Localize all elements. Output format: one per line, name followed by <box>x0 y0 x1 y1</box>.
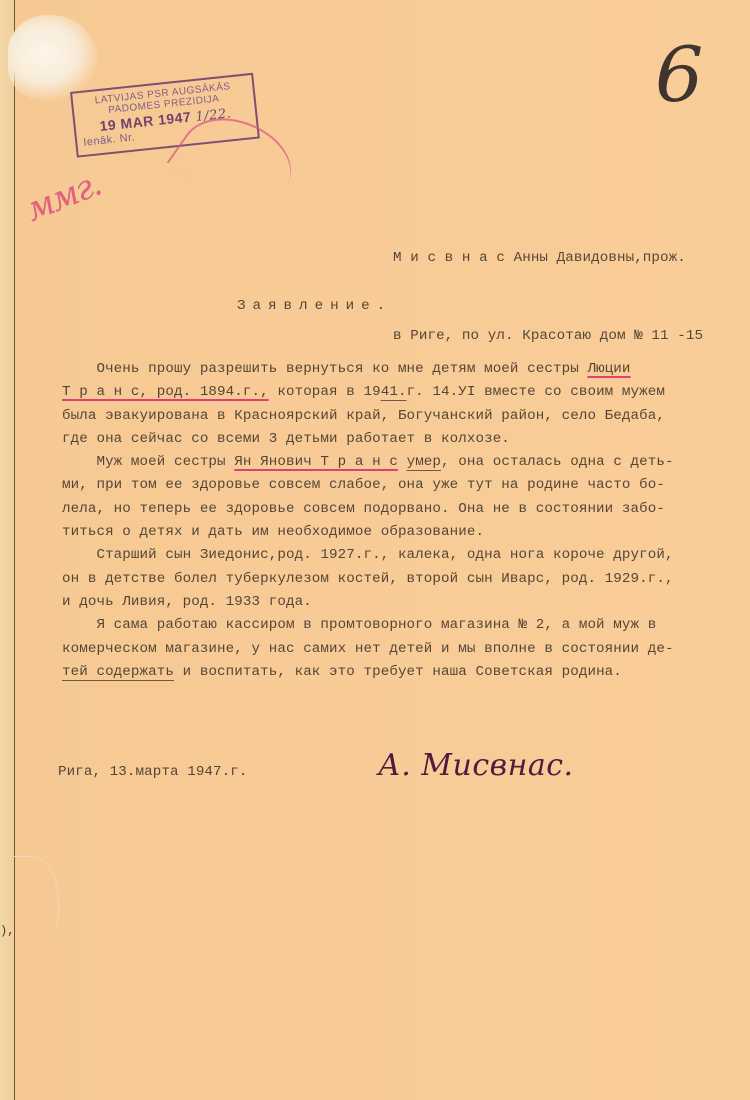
text-run: где она сейчас со всеми 3 детьми работае… <box>62 431 510 447</box>
text-run: Я сама работаю кассиром в промтоворного … <box>62 617 656 633</box>
text-run: он в детстве болел туберкулезом костей, … <box>62 571 674 587</box>
text-line: была эвакуирована в Красноярский край, Б… <box>62 405 674 428</box>
red-underlined-text: Ян Янович Т р а н с <box>234 454 398 470</box>
handwritten-page-number: 6 <box>655 30 715 120</box>
text-run <box>398 454 407 470</box>
text-line: Старший сын Зиедонис,род. 1927.г., калек… <box>62 544 674 567</box>
red-underlined-text: Люции <box>587 361 630 377</box>
text-line: Муж моей сестры Ян Янович Т р а н с умер… <box>62 451 674 474</box>
text-line: титься о детях и дать им необходимое обр… <box>62 521 674 544</box>
text-line: лела, но теперь ее здоровье совсем подор… <box>62 498 674 521</box>
text-line: где она сейчас со всеми 3 детьми работае… <box>62 428 674 451</box>
paragraph: Муж моей сестры Ян Янович Т р а н с умер… <box>62 451 674 544</box>
red-pencil-annotation: ммг. <box>20 164 106 230</box>
text-line: тей содержать и воспитать, как это требу… <box>62 661 674 684</box>
text-run: Старший сын Зиедонис,род. 1927.г., калек… <box>62 547 674 563</box>
text-run: была эвакуирована в Красноярский край, Б… <box>62 408 665 424</box>
binding-edge: ), <box>0 0 15 1100</box>
text-run: титься о детях и дать им необходимое обр… <box>62 524 484 540</box>
edge-mark: ), <box>0 924 14 938</box>
text-line: ми, при том ее здоровье совсем слабое, о… <box>62 474 674 497</box>
pencil-margin-curve <box>14 856 59 935</box>
statement-body: Очень прошу разрешить вернуться ко мне д… <box>62 358 674 684</box>
text-run: и воспитать, как это требует наша Советс… <box>174 664 622 680</box>
document-page: ), 6 LATVIJAS PSR AUGSĀKĀS PADOMES PREZI… <box>0 0 750 1100</box>
paragraph: Очень прошу разрешить вернуться ко мне д… <box>62 358 674 451</box>
underlined-text: тей содержать <box>62 664 174 680</box>
text-line: он в детстве болел туберкулезом костей, … <box>62 568 674 591</box>
underlined-text: 41. <box>381 384 407 400</box>
text-run: , она осталась одна с деть- <box>441 454 674 470</box>
sender-line-1: М и с в н а с Анны Давидовны,прож. <box>393 245 703 271</box>
text-run: ми, при том ее здоровье совсем слабое, о… <box>62 477 665 493</box>
sender-line-2: в Риге, по ул. Красотаю дом № 11 -15 <box>393 323 703 349</box>
paragraph: Старший сын Зиедонис,род. 1927.г., калек… <box>62 544 674 614</box>
text-line: комерческом магазине, у нас самих нет де… <box>62 638 674 661</box>
text-line: Т р а н с, род. 1894.г., которая в 1941.… <box>62 381 674 404</box>
underlined-text: умер <box>407 454 441 470</box>
text-run: которая в 19 <box>269 384 381 400</box>
text-run: г. 14.УI вместе со своим мужем <box>407 384 665 400</box>
text-line: Очень прошу разрешить вернуться ко мне д… <box>62 358 674 381</box>
paragraph: Я сама работаю кассиром в промтоворного … <box>62 614 674 684</box>
text-run: Очень прошу разрешить вернуться ко мне д… <box>62 361 587 377</box>
text-line: и дочь Ливия, род. 1933 года. <box>62 591 674 614</box>
text-run: Муж моей сестры <box>62 454 234 470</box>
text-run: комерческом магазине, у нас самих нет де… <box>62 641 674 657</box>
paper-stain <box>8 15 98 100</box>
text-run: и дочь Ливия, род. 1933 года. <box>62 594 312 610</box>
place-and-date: Рига, 13.марта 1947.г. <box>58 764 248 780</box>
document-title: Заявление. <box>237 298 392 314</box>
red-underlined-text: Т р а н с, род. 1894.г., <box>62 384 269 400</box>
signature: А. Мисвнас. <box>378 748 574 783</box>
text-line: Я сама работаю кассиром в промтоворного … <box>62 614 674 637</box>
text-run: лела, но теперь ее здоровье совсем подор… <box>62 501 665 517</box>
